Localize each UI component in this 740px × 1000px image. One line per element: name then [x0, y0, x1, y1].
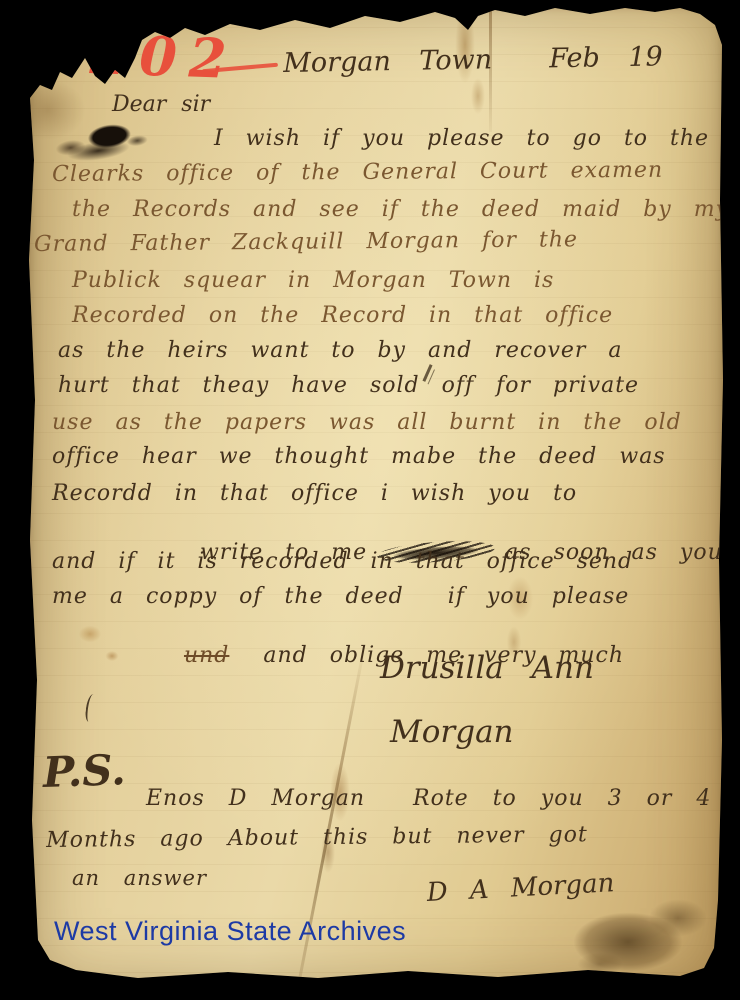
archive-credit-watermark: West Virginia State Archives [54, 916, 406, 947]
postscript-signature: D A Morgan [426, 868, 615, 908]
struck-word: und [184, 643, 229, 668]
signature-name-line2: Morgan [390, 714, 514, 750]
letter-line: and if it is recorded in that office sen… [52, 549, 633, 574]
postscript-line: Enos D Morgan Rote to you 3 or 4 [146, 786, 711, 811]
letter-line: use as the papers was all burnt in the o… [52, 410, 682, 435]
letter-line: I wish if you please to go to the [214, 126, 709, 151]
letter-line: Clearks office of the General Court exam… [52, 158, 663, 187]
letter-line: Grand Father Zackquill Morgan for the [34, 227, 578, 257]
letter-line: Recorded on the Record in that office [72, 303, 613, 328]
postscript-line: Months ago About this but never got [46, 822, 588, 853]
letter-line: the Records and see if the deed maid by … [72, 197, 729, 222]
scanned-letter-view: 202 Morgan Town Feb 19 Dear sir I wish i… [0, 0, 740, 1000]
letter-line: Recordd in that office i wish you to [52, 481, 577, 506]
stray-ink-mark [85, 694, 98, 723]
salutation: Dear sir [112, 92, 210, 117]
letter-paper: 202 Morgan Town Feb 19 Dear sir I wish i… [28, 0, 724, 992]
catalog-number: 202 [89, 22, 240, 91]
letter-line: office hear we thought mabe the deed was [52, 444, 666, 469]
letter-line: me a coppy of the deed if you please [52, 584, 629, 609]
postscript-line: an answer [72, 866, 207, 890]
letter-line: as the heirs want to by and recover a [58, 338, 623, 363]
signature-name-line1: Drusilla Ann [380, 650, 594, 686]
dateline: Morgan Town Feb 19 [283, 41, 663, 79]
postscript-label: P.S. [42, 745, 126, 797]
letter-line: hurt that theay have sold off for privat… [58, 373, 639, 398]
letter-line: Publick squear in Morgan Town is [72, 268, 554, 293]
